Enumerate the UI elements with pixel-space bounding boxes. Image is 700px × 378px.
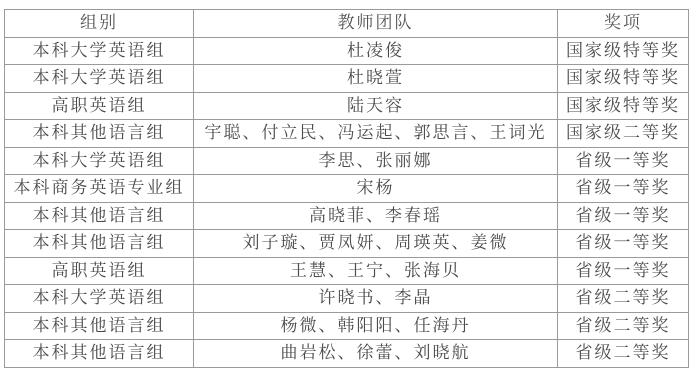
- table-row: 高职英语组 王慧、王宁、张海贝 省级一等奖: [5, 257, 689, 285]
- table-row: 本科其他语言组 宇聪、付立民、冯运起、郭思言、王词光 国家级二等奖: [5, 120, 689, 148]
- cell-group: 本科其他语言组: [5, 230, 194, 258]
- cell-group: 高职英语组: [5, 257, 194, 285]
- cell-team: 宇聪、付立民、冯运起、郭思言、王词光: [194, 120, 558, 148]
- table-row: 本科商务英语专业组 宋杨 省级一等奖: [5, 175, 689, 203]
- award-table: 组别 教师团队 奖项 本科大学英语组 杜凌俊 国家级特等奖 本科大学英语组 杜晓…: [4, 9, 689, 368]
- table-row: 本科其他语言组 杨微、韩阳阳、任海丹 省级二等奖: [5, 312, 689, 340]
- cell-group: 本科其他语言组: [5, 120, 194, 148]
- cell-award: 省级一等奖: [558, 147, 689, 175]
- cell-group: 高职英语组: [5, 92, 194, 120]
- cell-team: 陆天容: [194, 92, 558, 120]
- cell-award: 省级一等奖: [558, 257, 689, 285]
- cell-award: 省级一等奖: [558, 230, 689, 258]
- cell-group: 本科大学英语组: [5, 285, 194, 313]
- cell-award: 省级二等奖: [558, 285, 689, 313]
- cell-award: 省级二等奖: [558, 312, 689, 340]
- table-row: 本科其他语言组 刘子璇、贾凤妍、周瑛英、姜微 省级一等奖: [5, 230, 689, 258]
- cell-award: 国家级特等奖: [558, 37, 689, 65]
- cell-team: 刘子璇、贾凤妍、周瑛英、姜微: [194, 230, 558, 258]
- table-row: 高职英语组 陆天容 国家级特等奖: [5, 92, 689, 120]
- table-row: 本科大学英语组 杜凌俊 国家级特等奖: [5, 37, 689, 65]
- cell-group: 本科其他语言组: [5, 202, 194, 230]
- cell-team: 曲岩松、徐蕾、刘晓航: [194, 340, 558, 368]
- header-award: 奖项: [558, 10, 689, 38]
- table-row: 本科大学英语组 许晓书、李晶 省级二等奖: [5, 285, 689, 313]
- cell-team: 许晓书、李晶: [194, 285, 558, 313]
- table-row: 本科其他语言组 曲岩松、徐蕾、刘晓航 省级二等奖: [5, 340, 689, 368]
- table-row: 本科大学英语组 杜晓萱 国家级特等奖: [5, 65, 689, 93]
- cell-team: 高晓菲、李春瑶: [194, 202, 558, 230]
- cell-award: 国家级特等奖: [558, 65, 689, 93]
- cell-award: 省级一等奖: [558, 202, 689, 230]
- cell-group: 本科其他语言组: [5, 340, 194, 368]
- cell-group: 本科大学英语组: [5, 65, 194, 93]
- cell-award: 国家级二等奖: [558, 120, 689, 148]
- cell-team: 杨微、韩阳阳、任海丹: [194, 312, 558, 340]
- cell-group: 本科大学英语组: [5, 147, 194, 175]
- table-row: 本科大学英语组 李思、张丽娜 省级一等奖: [5, 147, 689, 175]
- cell-team: 杜晓萱: [194, 65, 558, 93]
- header-group: 组别: [5, 10, 194, 38]
- cell-team: 宋杨: [194, 175, 558, 203]
- cell-award: 省级一等奖: [558, 175, 689, 203]
- cell-award: 国家级特等奖: [558, 92, 689, 120]
- cell-award: 省级二等奖: [558, 340, 689, 368]
- table-header-row: 组别 教师团队 奖项: [5, 10, 689, 38]
- cell-team: 杜凌俊: [194, 37, 558, 65]
- cell-team: 王慧、王宁、张海贝: [194, 257, 558, 285]
- header-team: 教师团队: [194, 10, 558, 38]
- cell-team: 李思、张丽娜: [194, 147, 558, 175]
- cell-group: 本科其他语言组: [5, 312, 194, 340]
- cell-group: 本科商务英语专业组: [5, 175, 194, 203]
- cell-group: 本科大学英语组: [5, 37, 194, 65]
- table-row: 本科其他语言组 高晓菲、李春瑶 省级一等奖: [5, 202, 689, 230]
